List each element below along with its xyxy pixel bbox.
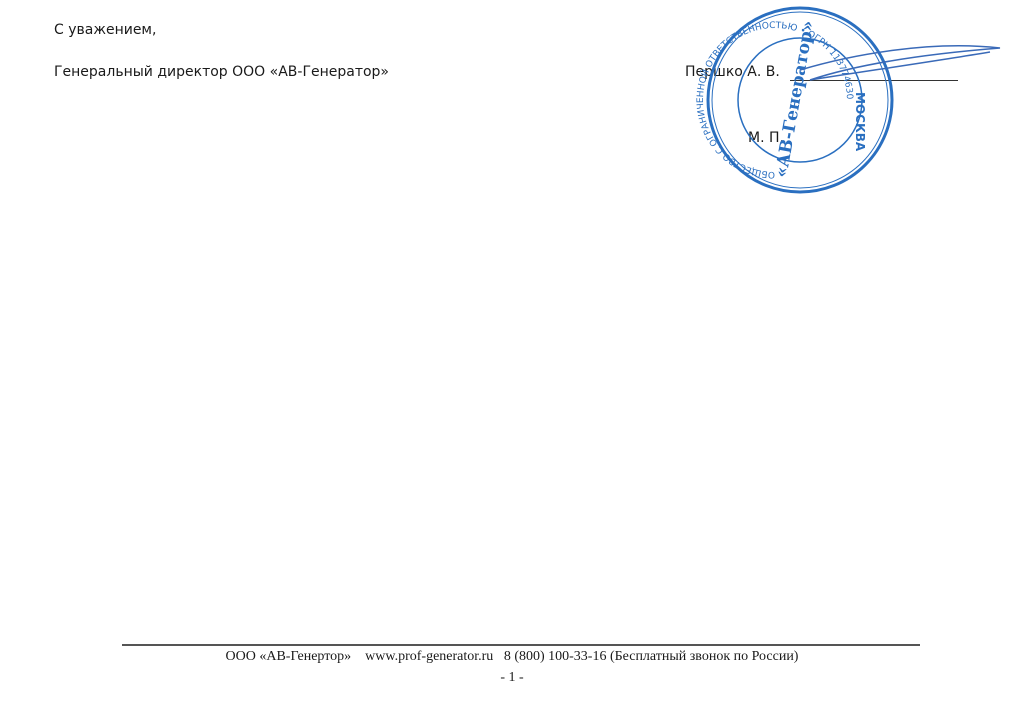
footer-website: www.prof-generator.ru xyxy=(365,649,493,664)
stamp-ring-text: ОБЩЕСТВО С ОГРАНИЧЕННОЙ ОТВЕТСТВЕННОСТЬЮ… xyxy=(690,0,854,179)
footer-divider xyxy=(122,644,920,646)
company-stamp-icon: ОБЩЕСТВО С ОГРАНИЧЕННОЙ ОТВЕТСТВЕННОСТЬЮ… xyxy=(690,0,1020,210)
stamp-city: МОСКВА xyxy=(853,92,867,152)
closing-text: С уважением, xyxy=(54,22,156,38)
stamp-center-text: «АВ-Генератор» xyxy=(771,19,818,179)
signatory-title: Генеральный директор ООО «АВ-Генератор» xyxy=(54,64,389,80)
seal-place-label: М. П. xyxy=(748,130,784,146)
page-number: - 1 - xyxy=(0,670,1024,686)
footer-phone: 8 (800) 100-33-16 (Бесплатный звонок по … xyxy=(504,649,799,664)
signatory-name: Першко А. В. xyxy=(685,64,780,80)
footer-company: ООО «АВ-Генертор» xyxy=(226,649,352,664)
footer-line: ООО «АВ-Генертор» www.prof-generator.ru … xyxy=(0,649,1024,665)
signature-scribble xyxy=(800,46,1000,80)
signature-line xyxy=(790,80,958,81)
svg-text:ОБЩЕСТВО С ОГРАНИЧЕННОЙ ОТВЕТС: ОБЩЕСТВО С ОГРАНИЧЕННОЙ ОТВЕТСТВЕННОСТЬЮ… xyxy=(690,0,854,179)
